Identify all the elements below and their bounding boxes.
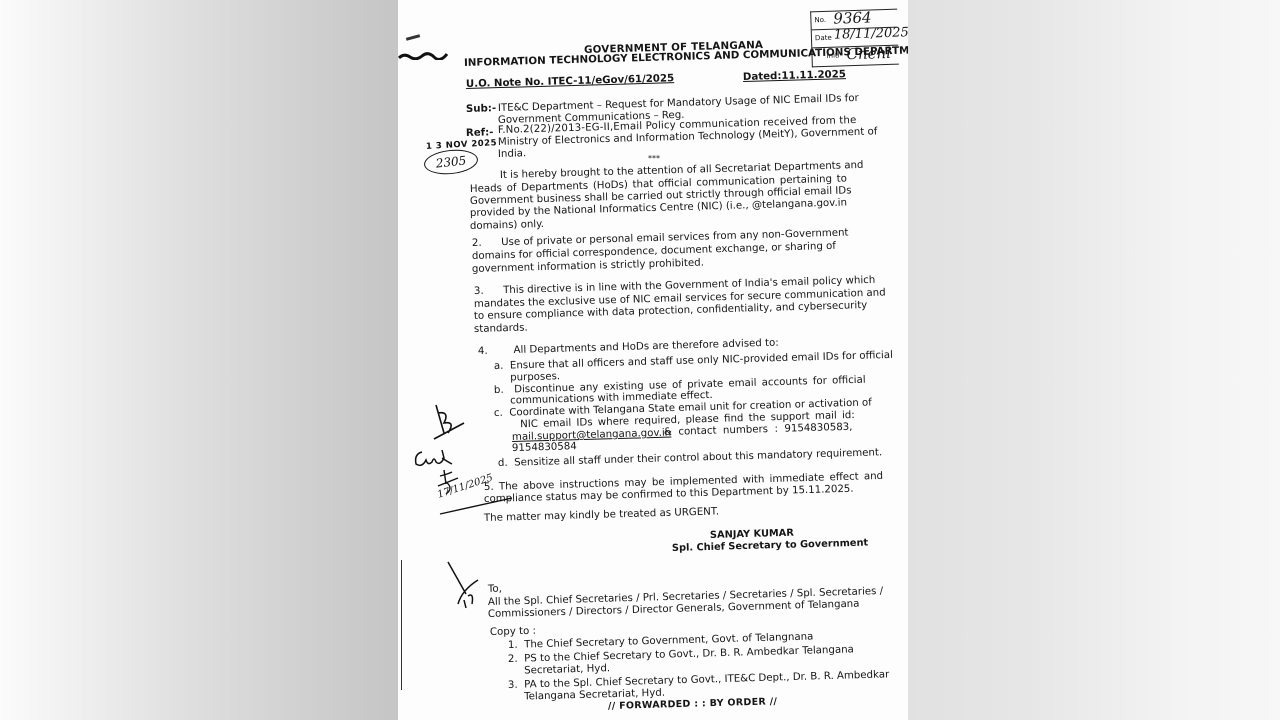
separator: *** [648,153,660,165]
urgent-note: The matter may kindly be treated as URGE… [484,506,719,525]
inward-number: 9364 [833,8,872,27]
scan-mark [406,34,420,41]
received-number-stamp: 2305 [423,147,479,177]
subject-label: Sub:- [466,103,497,116]
para1-line: domains) only. [470,219,544,233]
ref-line: India. [498,148,527,161]
emblem-logo-icon [398,52,448,60]
dated: Dated:11.11.2025 [743,69,846,84]
handwritten-initial-icon [428,403,468,443]
signatory-designation: Spl. Chief Secretary to Government [672,538,869,555]
copy-to-label: Copy to : [490,626,536,639]
scan-edge-line [401,560,402,690]
handwritten-signature-icon [412,448,456,470]
document-page: No.9364 Date18/11/2025 InitlCnenl GOVERN… [398,0,908,720]
to-label: To, [488,584,502,596]
inward-date: 18/11/2025 [834,25,908,42]
contact-number-2: 9154830584 [512,441,577,455]
handwritten-mark-icon [444,560,484,612]
copy-to-item: Secretariat, Hyd. [508,663,610,678]
para3-line: standards. [474,323,528,336]
note-number: U.O. Note No. ITEC-11/eGov/61/2025 [466,73,674,91]
